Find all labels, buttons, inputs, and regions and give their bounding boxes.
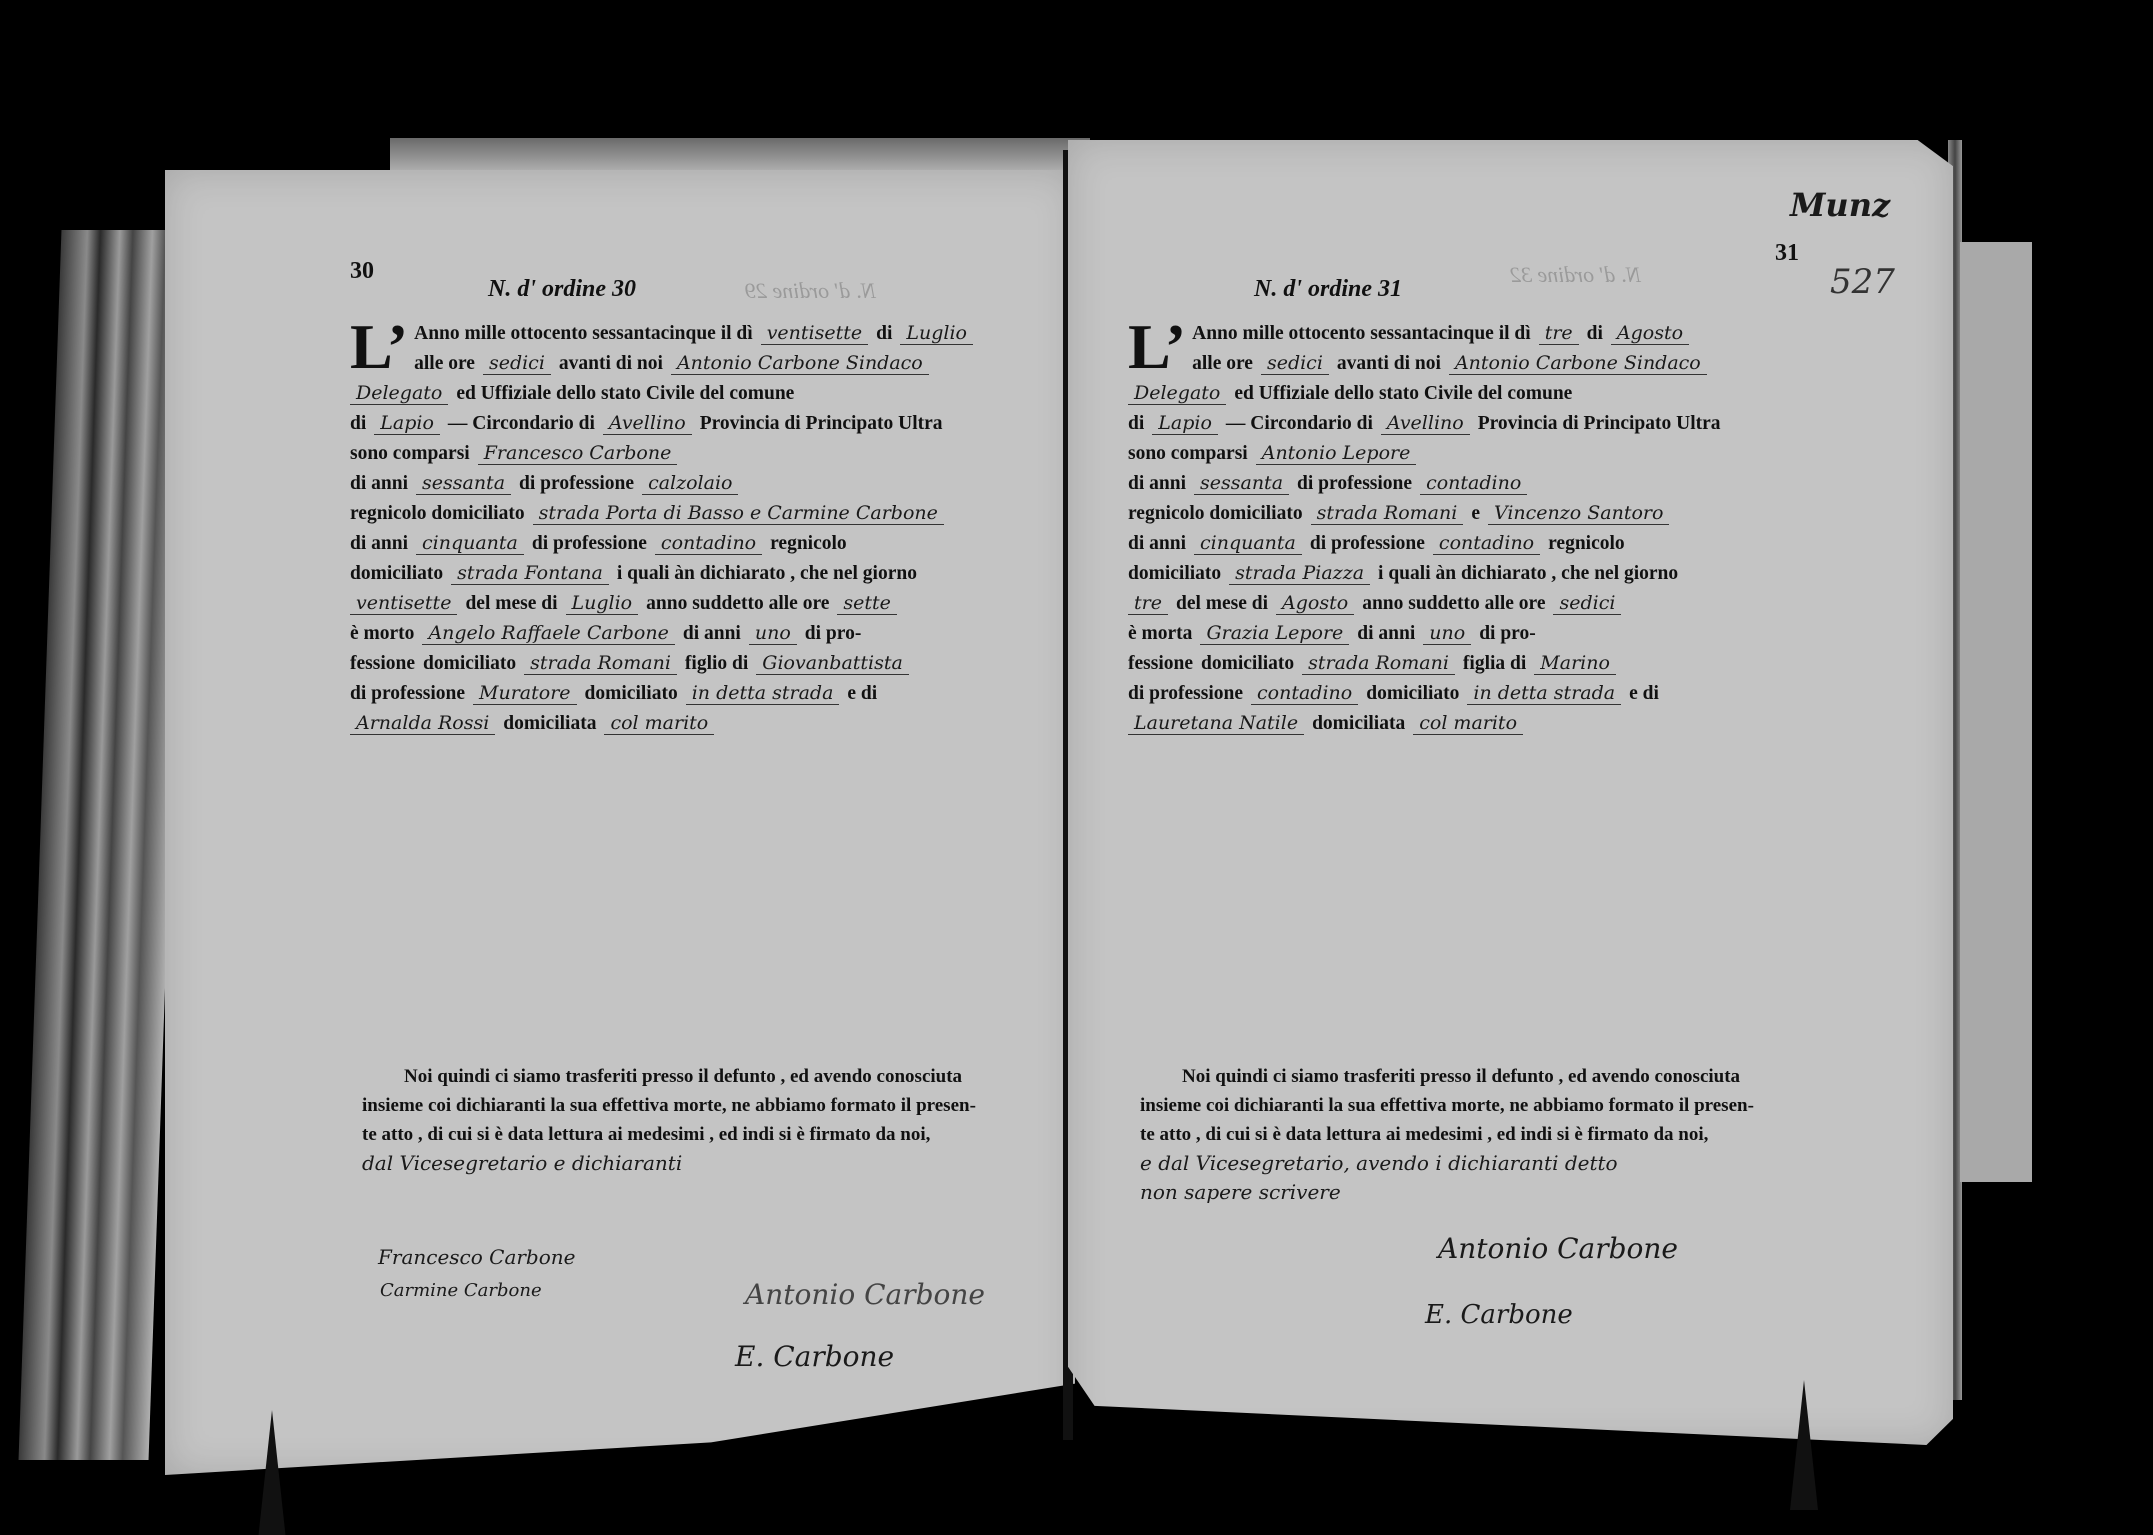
handwritten-entry: Agosto bbox=[1611, 322, 1689, 345]
printed-text: regnicolo domiciliato bbox=[1128, 503, 1303, 524]
left-order-number: N. d' ordine 30 bbox=[488, 276, 636, 303]
form-line: domiciliatostrada Piazzai quali àn dichi… bbox=[1128, 558, 1828, 588]
handwritten-entry: sedici bbox=[1261, 352, 1329, 375]
printed-text: sono comparsi bbox=[350, 443, 470, 464]
printed-text: di professione bbox=[1297, 473, 1412, 494]
left-closing-statement: Noi quindi ci siamo trasferiti presso il… bbox=[392, 1062, 1092, 1178]
handwritten-entry: Angelo Raffaele Carbone bbox=[422, 622, 674, 645]
handwritten-entry: Lauretana Natile bbox=[1128, 712, 1304, 735]
left-bleedthrough-order: N. d' ordine 29 bbox=[745, 278, 876, 304]
printed-text: fessione bbox=[1128, 653, 1193, 674]
printed-text: domiciliato bbox=[585, 683, 678, 704]
archive-number: 527 bbox=[1830, 262, 1895, 302]
handwritten-entry: Arnalda Rossi bbox=[350, 712, 495, 735]
handwritten-entry: contadino bbox=[655, 532, 762, 555]
handwritten-entry: Muratore bbox=[473, 682, 577, 705]
printed-text: avanti di noi bbox=[559, 353, 663, 374]
signature-declarant-1: Francesco Carbone bbox=[378, 1245, 576, 1269]
handwritten-entry: cinquanta bbox=[1194, 532, 1302, 555]
printed-text: del mese di bbox=[465, 593, 557, 614]
printed-text: figlio di bbox=[685, 653, 748, 674]
printed-text: anno suddetto alle ore bbox=[1362, 593, 1545, 614]
printed-text: domiciliato bbox=[1366, 683, 1459, 704]
printed-text: di anni bbox=[1128, 473, 1186, 494]
printed-text: alle ore bbox=[414, 353, 475, 374]
printed-text: di professione bbox=[532, 533, 647, 554]
signature-secretary: E. Carbone bbox=[735, 1340, 894, 1373]
printed-text: i quali àn dichiarato , che nel giorno bbox=[617, 563, 917, 584]
printed-text: anno suddetto alle ore bbox=[646, 593, 829, 614]
form-line: Delegatoed Uffiziale dello stato Civile … bbox=[1128, 378, 1828, 408]
signature-secretary: E. Carbone bbox=[1425, 1300, 1573, 1330]
right-death-record-form: L’ Anno mille ottocento sessantacinque i… bbox=[1128, 318, 1828, 738]
printed-text: — Circondario di bbox=[448, 413, 595, 434]
form-line: è mortaGrazia Leporedi anniunodi pro- bbox=[1128, 618, 1828, 648]
handwritten-entry: in detta strada bbox=[686, 682, 840, 705]
form-line: regnicolo domiciliatostrada RomanieVince… bbox=[1128, 498, 1828, 528]
margin-annotation: Munz bbox=[1790, 186, 1890, 224]
handwritten-entry: strada Romani bbox=[524, 652, 677, 675]
handwritten-entry: Avellino bbox=[1381, 412, 1470, 435]
page-clip-right bbox=[1790, 1380, 1818, 1510]
handwritten-entry: tre bbox=[1128, 592, 1168, 615]
handwritten-entry: Antonio Carbone Sindaco bbox=[1449, 352, 1707, 375]
printed-text: domiciliata bbox=[1312, 713, 1405, 734]
printed-text: domiciliato bbox=[1128, 563, 1221, 584]
right-order-number: N. d' ordine 31 bbox=[1254, 276, 1402, 303]
signature-officer: Antonio Carbone bbox=[745, 1278, 985, 1311]
form-line: ventisettedel mese diLuglioanno suddetto… bbox=[350, 588, 1050, 618]
handwritten-entry: Antonio Carbone Sindaco bbox=[671, 352, 929, 375]
handwritten-entry: ventisette bbox=[761, 322, 868, 345]
closing-handwritten: e dal Vicesegretario, avendo i dichiaran… bbox=[1140, 1149, 1870, 1178]
printed-text: di professione bbox=[519, 473, 634, 494]
handwritten-entry: contadino bbox=[1433, 532, 1540, 555]
handwritten-entry: sedici bbox=[483, 352, 551, 375]
handwritten-entry: strada Piazza bbox=[1229, 562, 1370, 585]
form-line: sono comparsiAntonio Lepore bbox=[1128, 438, 1828, 468]
form-line: di annisessantadi professionecalzolaio bbox=[350, 468, 1050, 498]
handwritten-entry: strada Fontana bbox=[451, 562, 609, 585]
form-line: tredel mese diAgostoanno suddetto alle o… bbox=[1128, 588, 1828, 618]
form-line: Anno mille ottocento sessantacinque il d… bbox=[350, 318, 1050, 348]
signature-declarant-2: Carmine Carbone bbox=[380, 1280, 542, 1301]
handwritten-entry: Antonio Lepore bbox=[1256, 442, 1417, 465]
handwritten-entry: in detta strada bbox=[1467, 682, 1621, 705]
printed-text: e di bbox=[1629, 683, 1659, 704]
printed-text: Anno mille ottocento sessantacinque il d… bbox=[1192, 323, 1531, 344]
form-line: fessionedomiciliatostrada Romanifiglia d… bbox=[1128, 648, 1828, 678]
handwritten-entry: strada Romani bbox=[1302, 652, 1455, 675]
form-line: di professioneMuratoredomiciliatoin dett… bbox=[350, 678, 1050, 708]
printed-text: di professione bbox=[1128, 683, 1243, 704]
handwritten-entry: strada Romani bbox=[1311, 502, 1464, 525]
right-page-number: 31 bbox=[1775, 240, 1799, 267]
printed-text: domiciliato bbox=[1201, 653, 1294, 674]
printed-text: domiciliato bbox=[423, 653, 516, 674]
left-death-record-form: L’ Anno mille ottocento sessantacinque i… bbox=[350, 318, 1050, 738]
right-bleedthrough-order: N. d' ordine 32 bbox=[1510, 262, 1641, 288]
printed-text: sono comparsi bbox=[1128, 443, 1248, 464]
handwritten-entry: Lapio bbox=[374, 412, 440, 435]
left-page-number: 30 bbox=[350, 258, 374, 285]
printed-text: i quali àn dichiarato , che nel giorno bbox=[1378, 563, 1678, 584]
printed-text: regnicolo domiciliato bbox=[350, 503, 525, 524]
closing-line: insieme coi dichiaranti la sua effettiva… bbox=[1140, 1091, 1870, 1120]
page-clip-left bbox=[258, 1410, 286, 1535]
printed-text: di anni bbox=[1357, 623, 1415, 644]
printed-text: avanti di noi bbox=[1337, 353, 1441, 374]
printed-text: di anni bbox=[350, 533, 408, 554]
form-line: diLapio— Circondario diAvellinoProvincia… bbox=[350, 408, 1050, 438]
handwritten-entry: sette bbox=[837, 592, 897, 615]
handwritten-entry: uno bbox=[749, 622, 797, 645]
handwritten-entry: Marino bbox=[1534, 652, 1616, 675]
handwritten-entry: Lapio bbox=[1152, 412, 1218, 435]
form-line: è mortoAngelo Raffaele Carbonedi anniuno… bbox=[350, 618, 1050, 648]
handwritten-entry: sessanta bbox=[1194, 472, 1289, 495]
handwritten-entry: calzolaio bbox=[642, 472, 738, 495]
printed-text: regnicolo bbox=[770, 533, 847, 554]
printed-text: figlia di bbox=[1463, 653, 1526, 674]
printed-text: alle ore bbox=[1192, 353, 1253, 374]
handwritten-entry: Francesco Carbone bbox=[478, 442, 678, 465]
handwritten-entry: Delegato bbox=[350, 382, 448, 405]
handwritten-entry: Luglio bbox=[900, 322, 973, 345]
handwritten-entry: contadino bbox=[1420, 472, 1527, 495]
handwritten-entry: uno bbox=[1423, 622, 1471, 645]
signature-officer: Antonio Carbone bbox=[1438, 1232, 1678, 1265]
handwritten-entry: sessanta bbox=[416, 472, 511, 495]
form-line: di annisessantadi professionecontadino bbox=[1128, 468, 1828, 498]
printed-text: di bbox=[1587, 323, 1603, 344]
closing-handwritten: dal Vicesegretario e dichiaranti bbox=[362, 1149, 1092, 1178]
handwritten-entry: cinquanta bbox=[416, 532, 524, 555]
handwritten-entry: Avellino bbox=[603, 412, 692, 435]
form-line: fessionedomiciliatostrada Romanifiglio d… bbox=[350, 648, 1050, 678]
printed-text: di bbox=[876, 323, 892, 344]
printed-text: e bbox=[1471, 503, 1480, 524]
printed-text: Provincia di Principato Ultra bbox=[1478, 413, 1721, 434]
printed-text: domiciliata bbox=[503, 713, 596, 734]
closing-line: Noi quindi ci siamo trasferiti presso il… bbox=[392, 1062, 1092, 1091]
handwritten-entry: Luglio bbox=[566, 592, 639, 615]
handwritten-entry: Giovanbattista bbox=[756, 652, 909, 675]
printed-text: di professione bbox=[350, 683, 465, 704]
handwritten-entry: Delegato bbox=[1128, 382, 1226, 405]
closing-line: insieme coi dichiaranti la sua effettiva… bbox=[362, 1091, 1092, 1120]
form-line: regnicolo domiciliatostrada Porta di Bas… bbox=[350, 498, 1050, 528]
form-line: diLapio— Circondario diAvellinoProvincia… bbox=[1128, 408, 1828, 438]
printed-text: regnicolo bbox=[1548, 533, 1625, 554]
printed-text: domiciliato bbox=[350, 563, 443, 584]
printed-text: fessione bbox=[350, 653, 415, 674]
printed-text: Provincia di Principato Ultra bbox=[700, 413, 943, 434]
printed-text: è morto bbox=[350, 623, 414, 644]
handwritten-entry: Agosto bbox=[1276, 592, 1354, 615]
form-line: di professionecontadinodomiciliatoin det… bbox=[1128, 678, 1828, 708]
closing-line: Noi quindi ci siamo trasferiti presso il… bbox=[1170, 1062, 1870, 1091]
handwritten-entry: sedici bbox=[1553, 592, 1621, 615]
printed-text: del mese di bbox=[1176, 593, 1268, 614]
closing-line: te atto , di cui si è data lettura ai me… bbox=[1140, 1120, 1870, 1149]
printed-text: di pro- bbox=[1479, 623, 1536, 644]
printed-text: ed Uffiziale dello stato Civile del comu… bbox=[1234, 383, 1572, 404]
form-line: alle oresediciavanti di noiAntonio Carbo… bbox=[350, 348, 1050, 378]
right-closing-statement: Noi quindi ci siamo trasferiti presso il… bbox=[1170, 1062, 1870, 1207]
printed-text: di bbox=[1128, 413, 1144, 434]
printed-text: è morta bbox=[1128, 623, 1192, 644]
printed-text: di pro- bbox=[805, 623, 862, 644]
handwritten-entry: tre bbox=[1539, 322, 1579, 345]
handwritten-entry: strada Porta di Basso e Carmine Carbone bbox=[533, 502, 944, 525]
handwritten-entry: Vincenzo Santoro bbox=[1488, 502, 1670, 525]
closing-line: te atto , di cui si è data lettura ai me… bbox=[362, 1120, 1092, 1149]
form-line: Anno mille ottocento sessantacinque il d… bbox=[1128, 318, 1828, 348]
handwritten-entry: col marito bbox=[604, 712, 714, 735]
printed-text: di anni bbox=[1128, 533, 1186, 554]
printed-text: ed Uffiziale dello stato Civile del comu… bbox=[456, 383, 794, 404]
paper-tab-right bbox=[1960, 242, 2032, 1182]
handwritten-entry: col marito bbox=[1413, 712, 1523, 735]
form-line: Arnalda Rossidomiciliatacol marito bbox=[350, 708, 1050, 738]
printed-text: di anni bbox=[350, 473, 408, 494]
handwritten-entry: ventisette bbox=[350, 592, 457, 615]
handwritten-entry: Grazia Lepore bbox=[1200, 622, 1349, 645]
printed-text: e di bbox=[847, 683, 877, 704]
printed-text: Anno mille ottocento sessantacinque il d… bbox=[414, 323, 753, 344]
printed-text: di professione bbox=[1310, 533, 1425, 554]
form-line: di annicinquantadi professionecontadinor… bbox=[350, 528, 1050, 558]
handwritten-entry: contadino bbox=[1251, 682, 1358, 705]
form-line: Lauretana Natiledomiciliatacol marito bbox=[1128, 708, 1828, 738]
form-line: alle oresediciavanti di noiAntonio Carbo… bbox=[1128, 348, 1828, 378]
form-line: Delegatoed Uffiziale dello stato Civile … bbox=[350, 378, 1050, 408]
printed-text: — Circondario di bbox=[1226, 413, 1373, 434]
form-line: sono comparsiFrancesco Carbone bbox=[350, 438, 1050, 468]
form-line: domiciliatostrada Fontanai quali àn dich… bbox=[350, 558, 1050, 588]
closing-handwritten: non sapere scrivere bbox=[1140, 1178, 1870, 1207]
printed-text: di anni bbox=[683, 623, 741, 644]
form-line: di annicinquantadi professionecontadinor… bbox=[1128, 528, 1828, 558]
printed-text: di bbox=[350, 413, 366, 434]
